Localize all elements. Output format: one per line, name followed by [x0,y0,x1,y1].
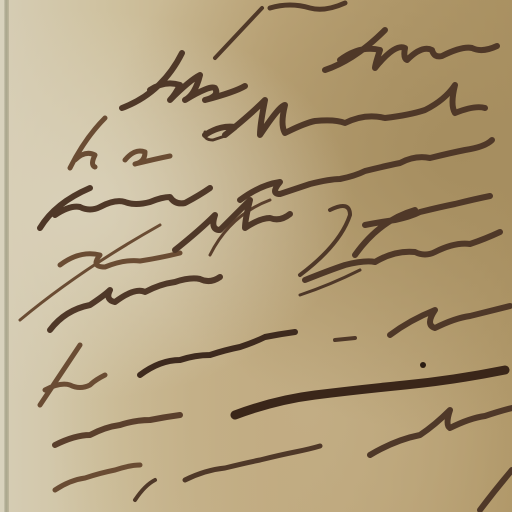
manuscript-page: pro Arbor Abdue fice albicanti harnis ge… [0,0,512,512]
manuscript-line-5: tubolosis: a alt [50,280,273,315]
manuscript-line-8: via, nervis Sub [55,455,280,490]
manuscript-line-7: oliem atte [55,405,208,440]
manuscript-line-0: pro [262,0,314,17]
manuscript-line-2: fice albicanti [65,120,261,155]
manuscript-line-3: harnis genicula [40,180,275,215]
manuscript-line-1: Arbor Abdue [122,55,316,90]
manuscript-line-6: fas ovato - lanc [40,345,270,380]
manuscript-line-4: que (alis) ferug [60,225,293,260]
